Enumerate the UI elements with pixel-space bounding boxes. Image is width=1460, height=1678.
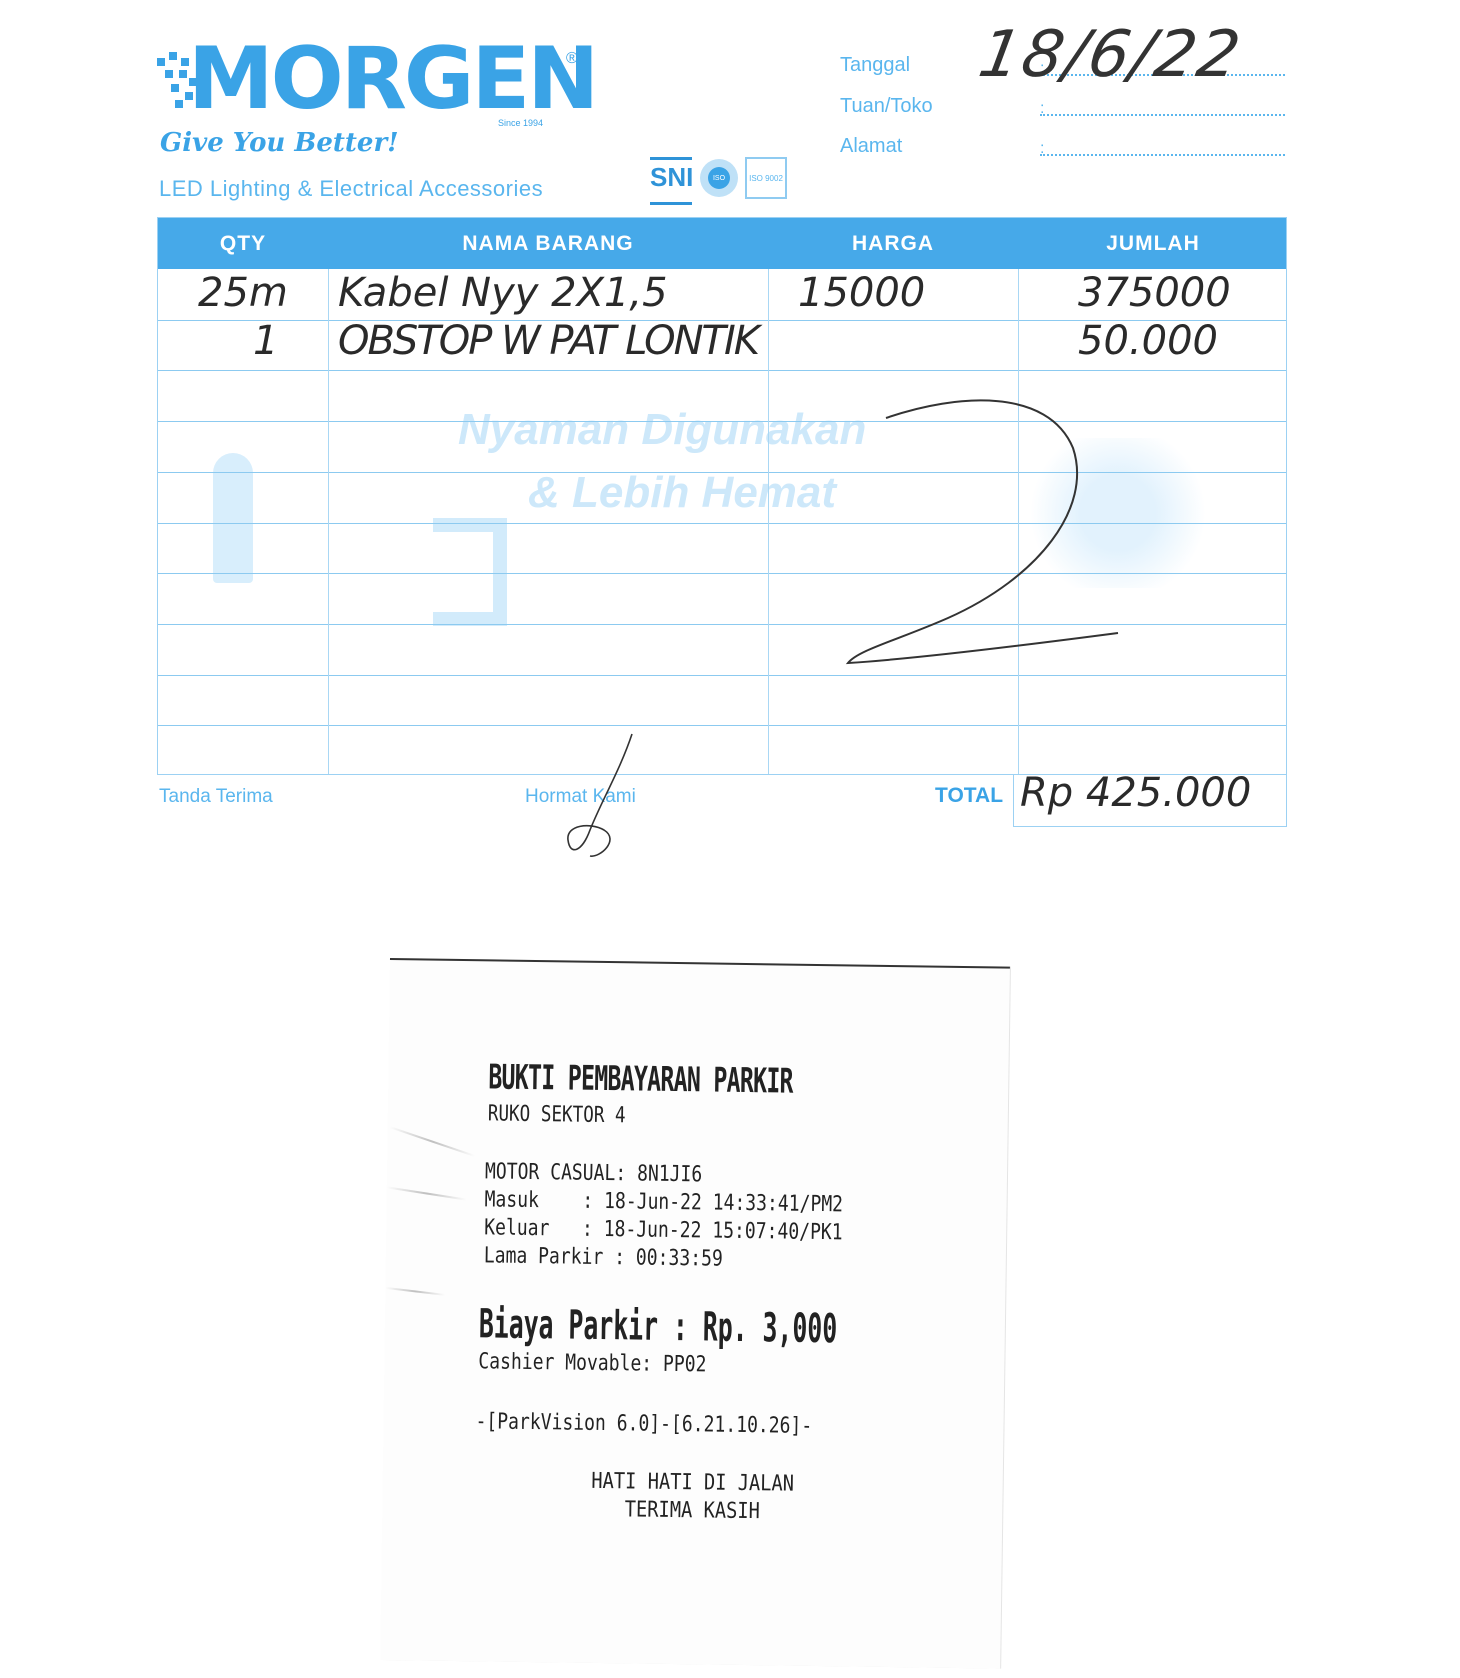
receipt-fee: Biaya Parkir : Rp. 3,000 — [479, 1301, 838, 1352]
column-amount: JUMLAH — [1018, 218, 1288, 269]
column-qty: QTY — [158, 218, 328, 269]
receipt-vehicle: MOTOR CASUAL: 8N1JI6 — [485, 1159, 703, 1187]
receipt-exit-time: Keluar : 18-Jun-22 15:07:40/PK1 — [484, 1215, 843, 1245]
receipt-title: BUKTI PEMBAYARAN PARKIR — [488, 1057, 793, 1101]
iso-badge-label: ISO — [708, 167, 730, 189]
parking-receipt: BUKTI PEMBAYARAN PARKIR RUKO SEKTOR 4 MO… — [380, 958, 1010, 1669]
row-2-item: OBSTOP W PAT LONTIK — [338, 318, 758, 364]
receipt-cashier: Cashier Movable: PP02 — [478, 1349, 706, 1377]
row-1-amount: 375000 — [1078, 270, 1231, 316]
table-column-divider — [328, 269, 329, 774]
receipt-location: RUKO SEKTOR 4 — [488, 1101, 626, 1128]
row-1-item: Kabel Nyy 2X1,5 — [338, 270, 668, 316]
receipt-entry-time: Masuk : 18-Jun-22 14:33:41/PM2 — [484, 1187, 843, 1217]
sni-cert-icon: SNI — [650, 157, 692, 205]
address-line — [1040, 152, 1285, 156]
address-label: Alamat — [840, 135, 902, 158]
table-column-divider — [768, 269, 769, 774]
row-2-qty: 1 — [253, 318, 278, 364]
row-1-price: 15000 — [798, 270, 925, 316]
receipt-duration: Lama Parkir : 00:33:59 — [484, 1243, 723, 1271]
iso-9002-cert-icon: ISO 9002 — [745, 157, 787, 199]
column-item-name: NAMA BARANG — [328, 218, 768, 269]
brand-tagline: Give You Better! — [160, 128, 399, 158]
signature — [560, 730, 640, 860]
total-label: TOTAL — [935, 784, 1003, 808]
receipt-crease — [387, 1186, 466, 1200]
receipt-crease — [390, 1126, 476, 1157]
brand-logo: MORGEN — [188, 36, 596, 122]
customer-label: Tuan/Toko — [840, 95, 933, 118]
row-2-amount: 50.000 — [1078, 318, 1218, 364]
receipt-software: -[ParkVision 6.0]-[6.21.10.26]- — [475, 1409, 812, 1439]
column-price: HARGA — [768, 218, 1018, 269]
watermark-text-1: Nyaman Digunakan — [458, 405, 866, 455]
date-label: Tanggal — [840, 54, 910, 77]
brand-subtitle: LED Lighting & Electrical Accessories — [159, 176, 543, 202]
strike-scrawl — [838, 388, 1138, 688]
date-value: 18/6/22 — [973, 18, 1247, 92]
since-label: Since 1994 — [498, 118, 543, 128]
receipt-closing-1: HATI HATI DI JALAN — [429, 1467, 956, 1499]
received-by-label: Tanda Terima — [159, 786, 273, 808]
receipt-closing-2: TERIMA KASIH — [429, 1495, 956, 1527]
iso-badge-icon: ISO — [700, 159, 738, 197]
row-1-qty: 25m — [198, 270, 288, 316]
registered-mark: ® — [566, 50, 578, 68]
total-value: Rp 425.000 — [1020, 770, 1251, 816]
invoice-table: Nyaman Digunakan & Lebih Hemat QTY NAMA … — [157, 217, 1287, 775]
watermark-bracket-icon — [433, 518, 507, 626]
watermark-text-2: & Lebih Hemat — [528, 468, 836, 518]
receipt-crease — [385, 1287, 445, 1296]
customer-line — [1040, 112, 1285, 116]
table-header: QTY NAMA BARANG HARGA JUMLAH — [158, 218, 1286, 269]
